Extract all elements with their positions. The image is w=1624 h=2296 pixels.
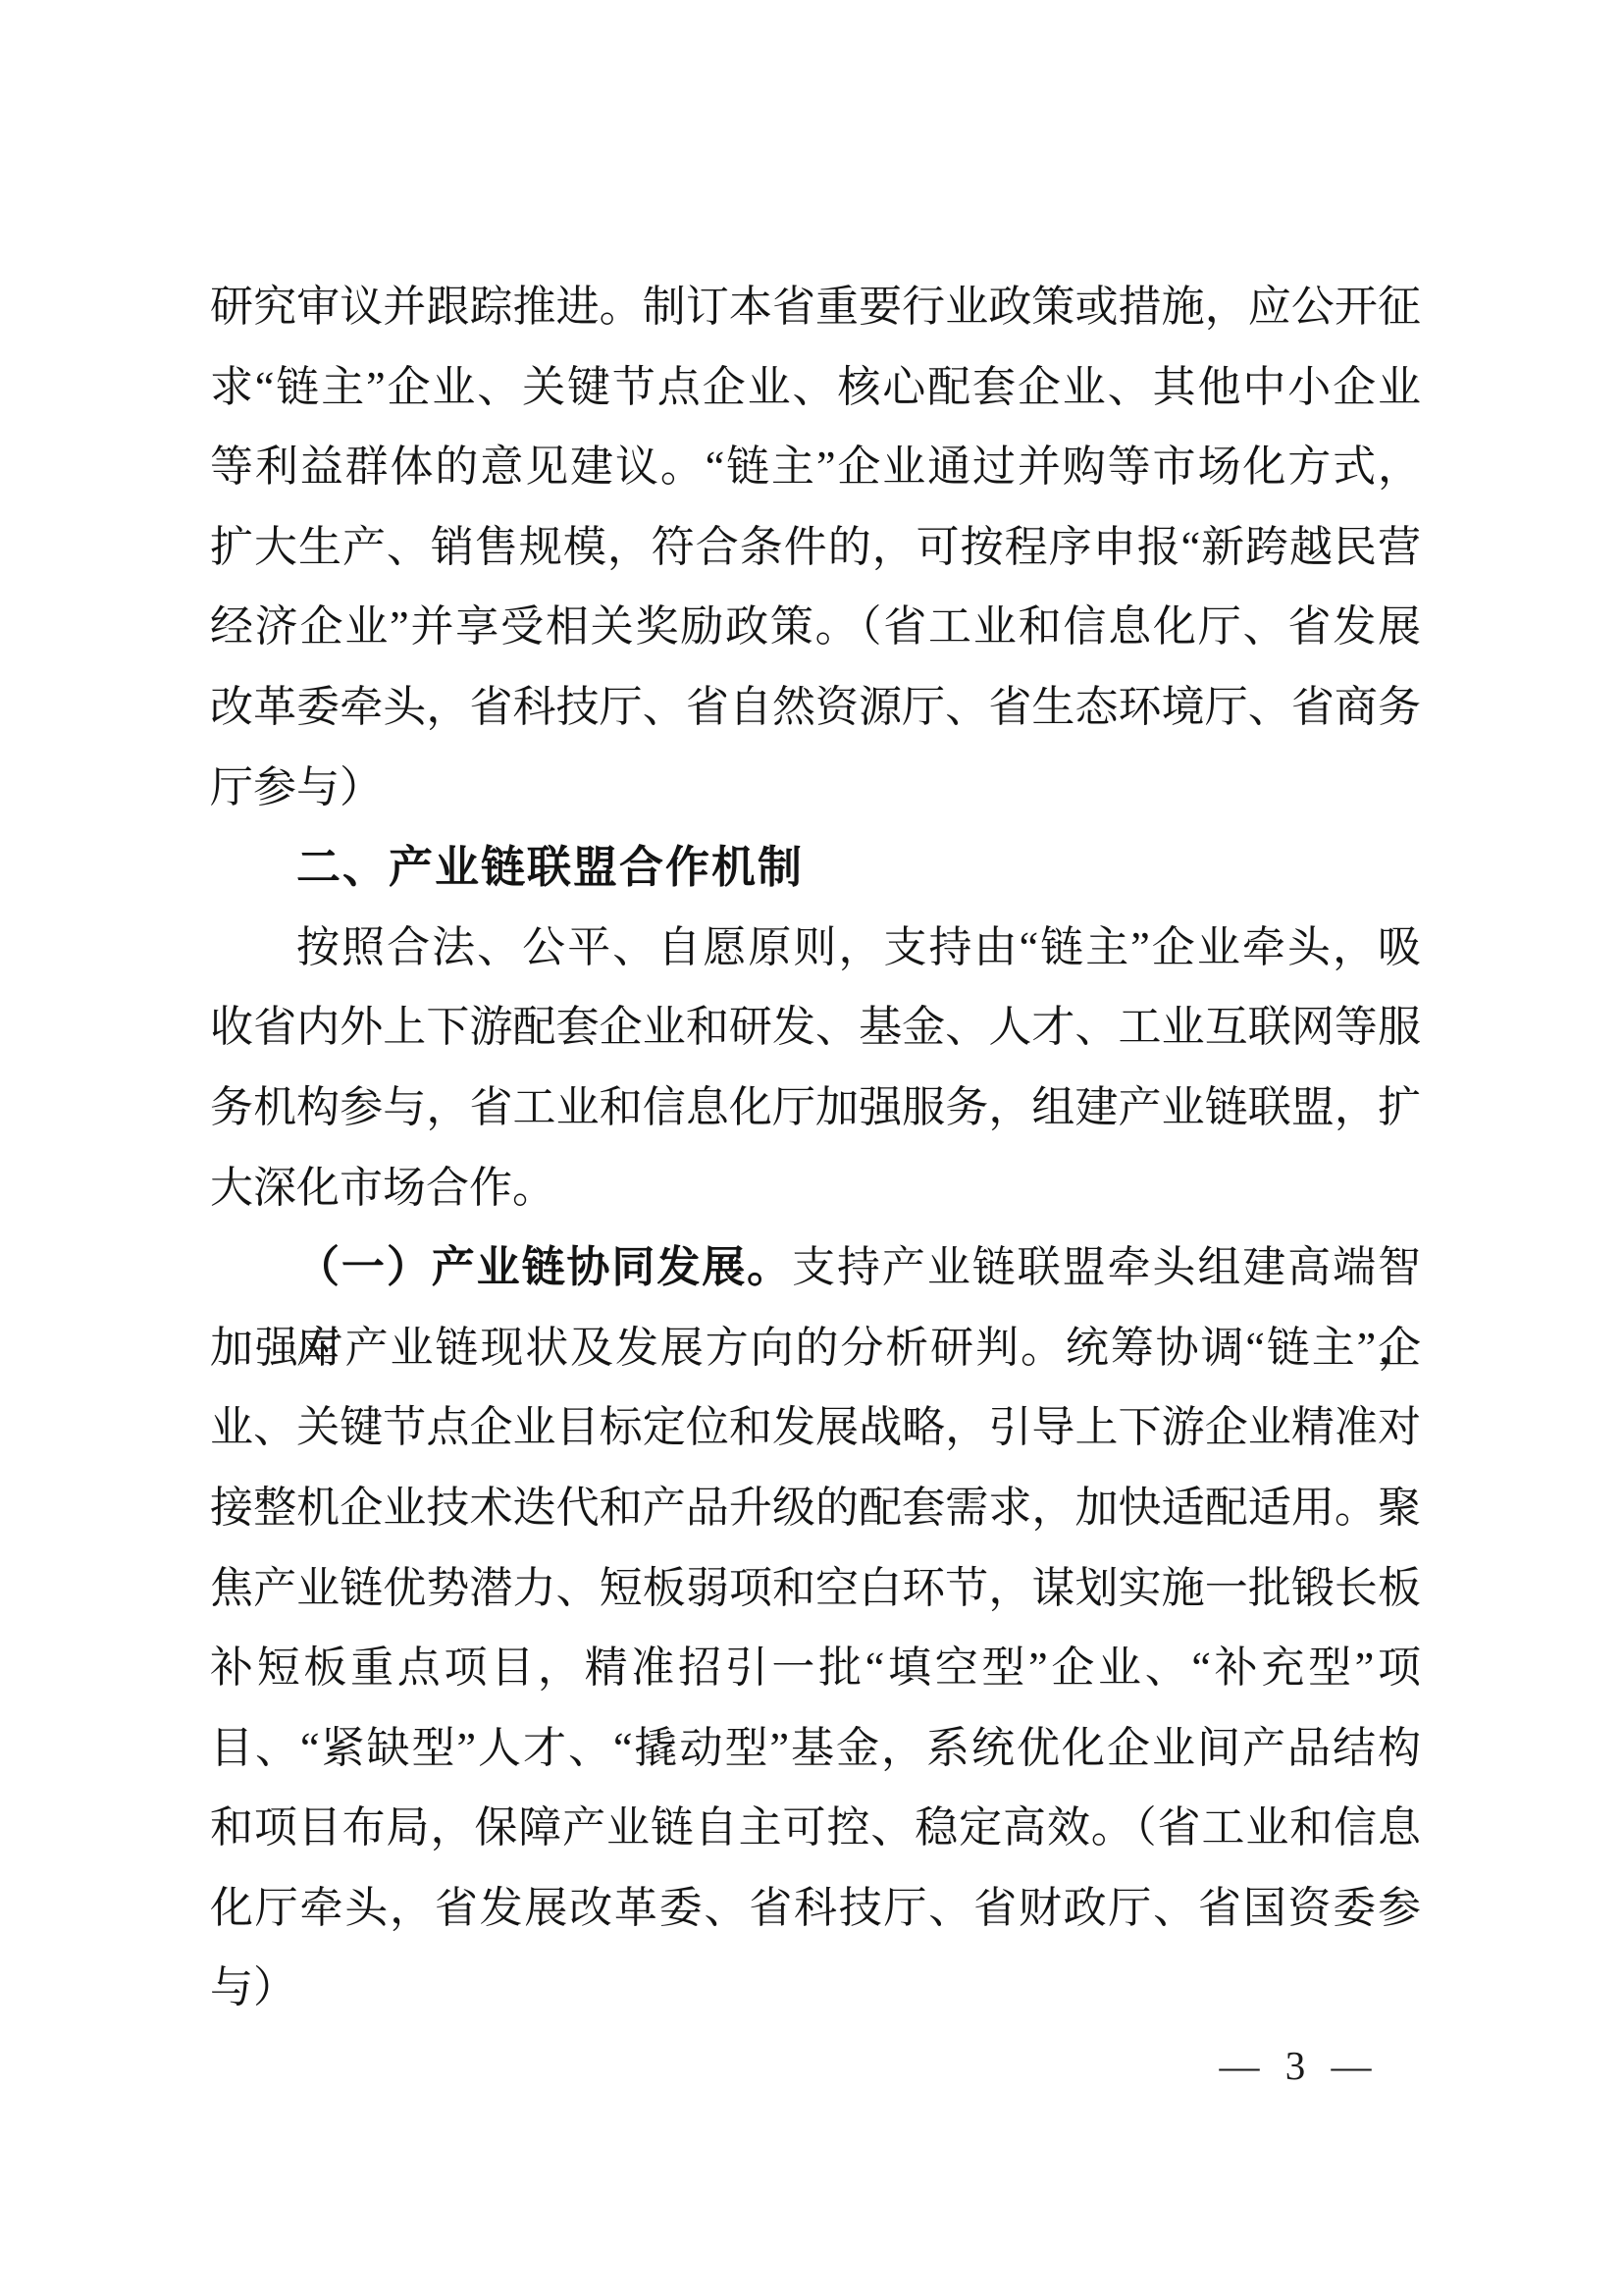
- text-line: 务机构参与，省工业和信息化厅加强服务，组建产业链联盟，扩: [210, 1068, 1421, 1148]
- text-line: 按照合法、公平、自愿原则，支持由“链主”企业牵头，吸: [210, 908, 1421, 988]
- text-line: 扩大生产、销售规模，符合条件的，可按程序申报“新跨越民营: [210, 507, 1421, 588]
- body-text: 收省内外上下游配套企业和研发、基金、人才、工业互联网等服: [210, 1003, 1421, 1051]
- body-text: 经济企业”并享受相关奖励政策。（省工业和信息化厅、省发展: [210, 602, 1421, 651]
- emphasized-text: 二、产业链联盟合作机制: [296, 842, 804, 892]
- body-text: 目、“紧缺型”人才、“撬动型”基金，系统优化企业间产品结构: [210, 1724, 1421, 1772]
- text-line: 接整机企业技术迭代和产品升级的配套需求，加快适配适用。聚: [210, 1468, 1421, 1548]
- text-line: 改革委牵头，省科技厅、省自然资源厅、省生态环境厅、省商务: [210, 667, 1421, 748]
- emphasized-text: （一）产业链协同发展。: [296, 1243, 792, 1291]
- text-line: 经济企业”并享受相关奖励政策。（省工业和信息化厅、省发展: [210, 587, 1421, 667]
- body-text: 加强对产业链现状及发展方向的分析研判。统筹协调“链主”企: [210, 1324, 1421, 1372]
- text-line: 业、关键节点企业目标定位和发展战略，引导上下游企业精准对: [210, 1387, 1421, 1468]
- body-text: 务机构参与，省工业和信息化厅加强服务，组建产业链联盟，扩: [210, 1083, 1421, 1131]
- text-line: 大深化市场合作。: [210, 1148, 1421, 1228]
- text-line: 厅参与）: [210, 748, 1421, 828]
- text-line: 研究审议并跟踪推进。制订本省重要行业政策或措施，应公开征: [210, 267, 1421, 347]
- body-text: 改革委牵头，省科技厅、省自然资源厅、省生态环境厅、省商务: [210, 683, 1421, 731]
- document-body: 研究审议并跟踪推进。制订本省重要行业政策或措施，应公开征求“链主”企业、关键节点…: [210, 267, 1421, 2028]
- page-number: — 3 —: [1220, 2041, 1372, 2090]
- body-text: 研究审议并跟踪推进。制订本省重要行业政策或措施，应公开征: [210, 283, 1421, 331]
- body-text: 扩大生产、销售规模，符合条件的，可按程序申报“新跨越民营: [210, 523, 1421, 571]
- text-line: 焦产业链优势潜力、短板弱项和空白环节，谋划实施一批锻长板: [210, 1548, 1421, 1629]
- text-line: 目、“紧缺型”人才、“撬动型”基金，系统优化企业间产品结构: [210, 1708, 1421, 1789]
- body-text: 补短板重点项目，精准招引一批“填空型”企业、“补充型”项: [210, 1644, 1421, 1692]
- body-text: 与）: [210, 1963, 296, 2011]
- text-line: 补短板重点项目，精准招引一批“填空型”企业、“补充型”项: [210, 1628, 1421, 1708]
- body-text: 化厅牵头，省发展改革委、省科技厅、省财政厅、省国资委参: [210, 1884, 1421, 1932]
- body-text: 求“链主”企业、关键节点企业、核心配套企业、其他中小企业: [210, 363, 1421, 411]
- body-text: 厅参与）: [210, 763, 383, 811]
- body-text: 业、关键节点企业目标定位和发展战略，引导上下游企业精准对: [210, 1403, 1421, 1451]
- text-line: 化厅牵头，省发展改革委、省科技厅、省财政厅、省国资委参: [210, 1868, 1421, 1949]
- body-text: 大深化市场合作。: [210, 1164, 555, 1212]
- text-line: 求“链主”企业、关键节点企业、核心配套企业、其他中小企业: [210, 347, 1421, 428]
- section-heading: 二、产业链联盟合作机制: [210, 827, 1421, 908]
- text-line: 与）: [210, 1948, 1421, 2028]
- text-line: 和项目布局，保障产业链自主可控、稳定高效。（省工业和信息: [210, 1788, 1421, 1868]
- body-text: 焦产业链优势潜力、短板弱项和空白环节，谋划实施一批锻长板: [210, 1564, 1421, 1612]
- body-text: 按照合法、公平、自愿原则，支持由“链主”企业牵头，吸: [296, 923, 1421, 971]
- text-line: 等利益群体的意见建议。“链主”企业通过并购等市场化方式，: [210, 427, 1421, 507]
- body-text: 等利益群体的意见建议。“链主”企业通过并购等市场化方式，: [210, 443, 1421, 491]
- body-text: 接整机企业技术迭代和产品升级的配套需求，加快适配适用。聚: [210, 1484, 1421, 1532]
- text-line: 加强对产业链现状及发展方向的分析研判。统筹协调“链主”企: [210, 1308, 1421, 1388]
- text-line: （一）产业链协同发展。支持产业链联盟牵头组建高端智库，: [210, 1227, 1421, 1308]
- text-line: 收省内外上下游配套企业和研发、基金、人才、工业互联网等服: [210, 987, 1421, 1068]
- body-text: 和项目布局，保障产业链自主可控、稳定高效。（省工业和信息: [210, 1803, 1421, 1852]
